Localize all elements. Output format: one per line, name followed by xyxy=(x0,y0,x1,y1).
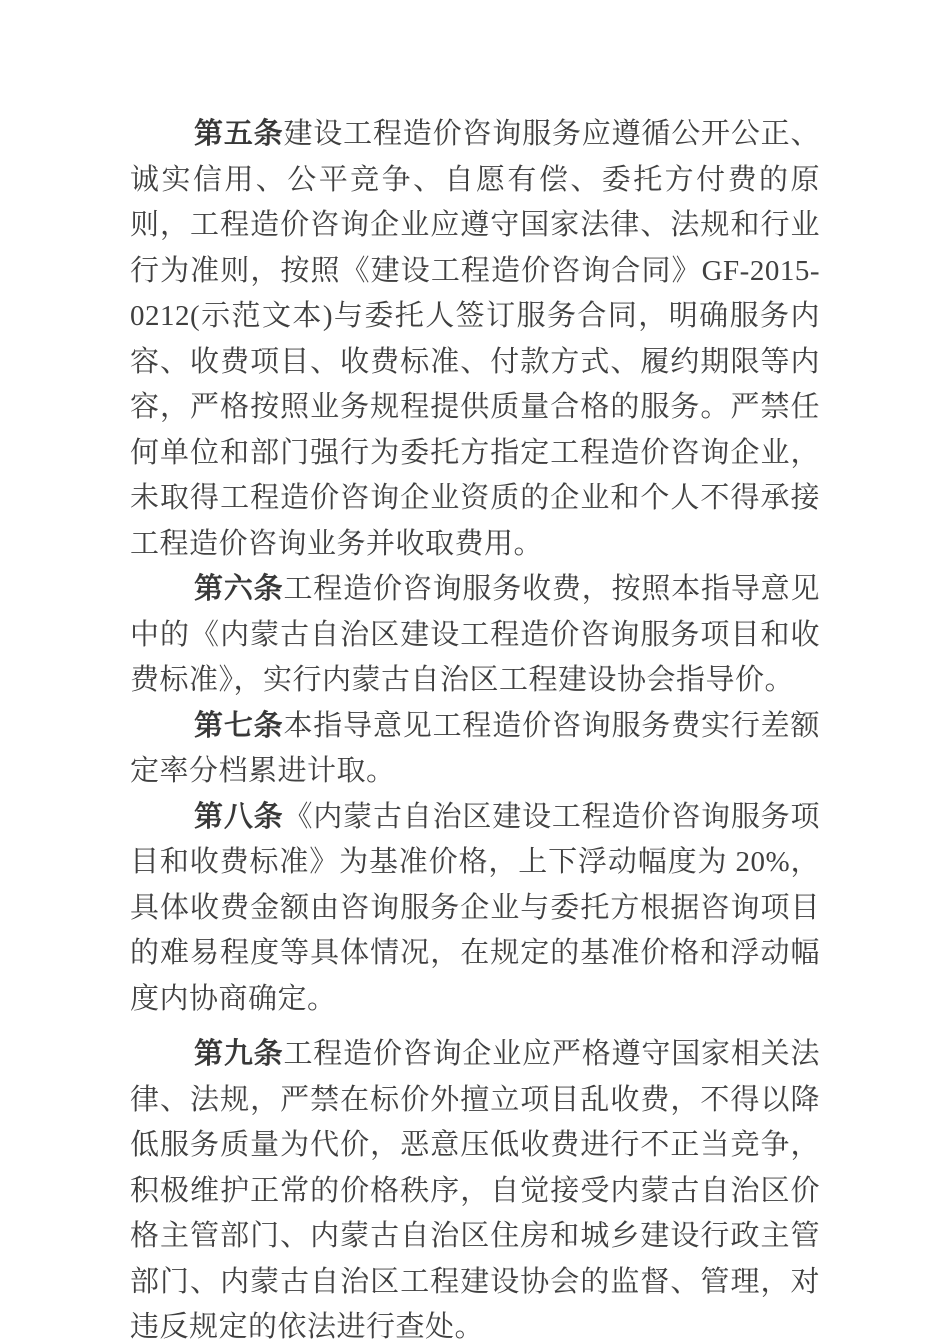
article-paragraph: 第六条工程造价咨询服务收费，按照本指导意见中的《内蒙古自治区建设工程造价咨询服务… xyxy=(130,567,820,704)
article-text: 建设工程造价咨询服务应遵循公开公正、诚实信用、公平竞争、自愿有偿、委托方付费的原… xyxy=(130,118,820,560)
article-paragraph: 第八条《内蒙古自治区建设工程造价咨询服务项目和收费标准》为基准价格，上下浮动幅度… xyxy=(130,795,820,1023)
article-number: 第七条 xyxy=(194,710,283,742)
article-number: 第五条 xyxy=(194,118,283,150)
article-text: 工程造价咨询企业应严格遵守国家相关法律、法规，严禁在标价外擅立项目乱收费，不得以… xyxy=(130,1038,820,1343)
article-paragraph: 第七条本指导意见工程造价咨询服务费实行差额定率分档累进计取。 xyxy=(130,704,820,795)
document-page: 第五条建设工程造价咨询服务应遵循公开公正、诚实信用、公平竞争、自愿有偿、委托方付… xyxy=(0,0,950,1344)
article-number: 第八条 xyxy=(194,801,283,833)
article-paragraph: 第九条工程造价咨询企业应严格遵守国家相关法律、法规，严禁在标价外擅立项目乱收费，… xyxy=(130,1032,820,1344)
document-body: 第五条建设工程造价咨询服务应遵循公开公正、诚实信用、公平竞争、自愿有偿、委托方付… xyxy=(130,112,820,1344)
article-number: 第九条 xyxy=(194,1038,283,1070)
article-number: 第六条 xyxy=(194,573,283,605)
article-paragraph: 第五条建设工程造价咨询服务应遵循公开公正、诚实信用、公平竞争、自愿有偿、委托方付… xyxy=(130,112,820,567)
